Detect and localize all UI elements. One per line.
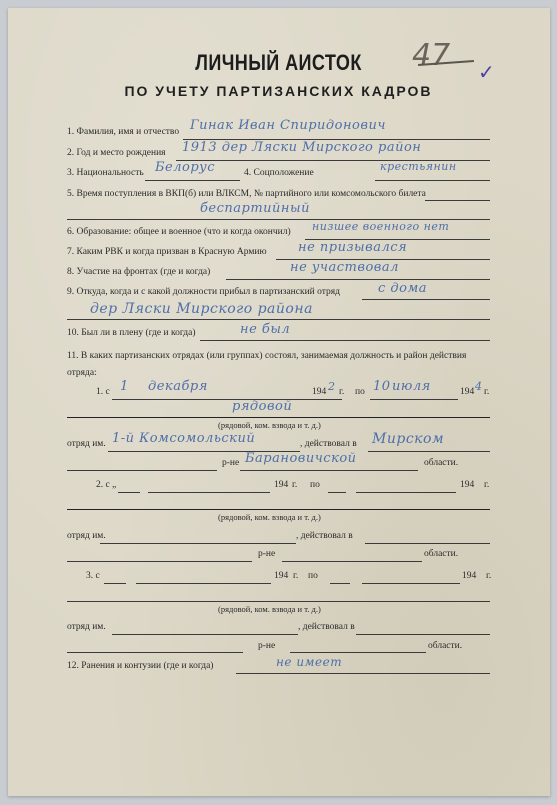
field-nationality-value[interactable]: Белорус: [155, 160, 215, 175]
det3-from-month-line: [136, 583, 271, 584]
det1-year-suffix-1: г.: [339, 387, 344, 397]
det2-district-line: [365, 543, 490, 544]
field-party-label: 5. Время поступления в ВКП(б) или ВЛКСМ,…: [67, 189, 426, 199]
det2-to-word: по: [310, 480, 320, 490]
det1-district-label: р-не: [222, 458, 239, 468]
det2-district-label: р-не: [258, 549, 275, 559]
det1-detachment-label: отряд им.: [67, 439, 106, 449]
field-nationality-label: 3. Национальность: [67, 168, 144, 178]
det3-district-label: р-не: [258, 641, 275, 651]
det1-region[interactable]: Барановичской: [245, 451, 357, 466]
det3-detachment-label: отряд им.: [67, 622, 106, 632]
field-birth-label: 2. Год и место рождения: [67, 148, 166, 158]
det2-from-year: 194: [274, 480, 288, 490]
det1-region-line: [240, 470, 418, 471]
field-education-label: 6. Образование: общее и военное (что и к…: [67, 227, 291, 237]
det1-from-line: [112, 399, 342, 400]
det2-from-month-line: [148, 492, 270, 493]
det2-position-line: [67, 509, 490, 510]
det1-acted-label: , действовал в: [300, 439, 357, 449]
det2-num: 2. с: [96, 480, 110, 490]
field-social-line: [375, 180, 490, 181]
det1-to-year-digit[interactable]: 4: [475, 380, 483, 393]
det3-detachment-line: [112, 634, 298, 635]
field-front-value[interactable]: не участвовал: [290, 260, 399, 275]
field-birth-value[interactable]: 1913 дер Ляски Мирского район: [182, 140, 421, 155]
det2-to-day-line: [328, 492, 346, 493]
field-social-label: 4. Соцположение: [244, 168, 314, 178]
field-front-label: 8. Участие на фронтах (где и когда): [67, 267, 210, 277]
det3-district-line-2: [67, 652, 243, 653]
det3-year-suffix-2: г.: [486, 571, 491, 581]
det3-region-label: области.: [428, 641, 462, 651]
det2-detachment-line: [100, 543, 296, 544]
det3-from-year: 194: [274, 571, 288, 581]
field-party-value[interactable]: беспартийный: [200, 201, 310, 216]
field-party-line-1: [425, 200, 490, 201]
det3-to-word: по: [308, 571, 318, 581]
det3-year-suffix-1: г.: [293, 571, 298, 581]
field-captivity-line: [200, 340, 490, 341]
field-origin-line-2: [67, 319, 490, 320]
det1-district-line: [368, 451, 490, 452]
field-education-value[interactable]: низшее военного нет: [312, 220, 449, 233]
det2-year-suffix-1: г.: [292, 480, 297, 490]
field-wounds-line: [236, 673, 490, 674]
det2-region-line: [282, 561, 422, 562]
det3-acted-label: , действовал в: [298, 622, 355, 632]
det1-year-suffix-2: г.: [484, 387, 489, 397]
field-nationality-line: [145, 180, 240, 181]
det1-detachment[interactable]: 1-й Комсомольский: [112, 431, 255, 446]
det1-position-hint: (рядовой, ком. взвода и т. д.): [218, 420, 321, 430]
field-army-value[interactable]: не призывался: [298, 240, 407, 255]
field-wounds-label: 12. Ранения и контузии (где и когда): [67, 661, 213, 671]
det2-from-day-line: [118, 492, 140, 493]
det1-from-year: 194: [312, 387, 326, 397]
det3-to-month-line: [362, 583, 460, 584]
archive-number: 47: [412, 38, 450, 73]
check-mark-icon: ✓: [478, 60, 495, 84]
field-name-label: 1. Фамилия, имя и отчество: [67, 127, 179, 137]
det3-region-line: [290, 652, 426, 653]
det1-from-month[interactable]: декабря: [148, 379, 208, 394]
det1-from-day[interactable]: 1: [120, 379, 129, 394]
det3-num: 3. с: [86, 571, 100, 581]
field-captivity-value[interactable]: не был: [240, 322, 290, 337]
det2-acted-label: , действовал в: [296, 531, 353, 541]
field-army-label: 7. Каким РВК и когда призван в Красную А…: [67, 247, 267, 257]
det1-position[interactable]: рядовой: [232, 399, 292, 414]
det1-to-year: 194: [460, 387, 474, 397]
det3-to-year: 194: [462, 571, 476, 581]
field-captivity-label: 10. Был ли в плену (где и когда): [67, 328, 196, 338]
det3-from-day-line: [104, 583, 126, 584]
det2-region-label: области.: [424, 549, 458, 559]
det2-position-hint: (рядовой, ком. взвода и т. д.): [218, 512, 321, 522]
det3-to-day-line: [330, 583, 350, 584]
field-origin-value-2[interactable]: дер Ляски Мирского района: [90, 301, 313, 317]
field-front-line: [226, 279, 490, 280]
det2-year-suffix-2: г.: [484, 480, 489, 490]
det1-from-year-digit[interactable]: 2: [328, 380, 336, 393]
det3-position-hint: (рядовой, ком. взвода и т. д.): [218, 604, 321, 614]
det3-position-line: [67, 601, 490, 602]
det2-district-line-2: [67, 561, 252, 562]
det1-num: 1. с: [96, 387, 110, 397]
field-social-value[interactable]: крестьянин: [380, 160, 457, 173]
det2-quote-open: „: [112, 480, 116, 490]
det3-district-line: [356, 634, 490, 635]
field-detachments-label: 11. В каких партизанских отрядах (или гр…: [67, 348, 492, 382]
det1-district-line-2: [67, 470, 217, 471]
field-name-value[interactable]: Гинак Иван Спиридонович: [190, 118, 386, 133]
det2-detachment-label: отряд им.: [67, 531, 106, 541]
field-wounds-value[interactable]: не имеет: [276, 655, 342, 669]
det1-to-day[interactable]: 10: [373, 379, 391, 394]
det1-district[interactable]: Мирском: [372, 431, 444, 447]
det1-to-word: по: [355, 387, 365, 397]
document-subtitle: ПО УЧЕТУ ПАРТИЗАНСКИХ КАДРОВ: [0, 83, 557, 99]
field-origin-line-1: [362, 299, 490, 300]
det1-to-line: [370, 399, 458, 400]
det2-to-year: 194: [460, 480, 474, 490]
det1-to-month[interactable]: июля: [392, 379, 431, 394]
field-origin-value-1[interactable]: с дома: [378, 281, 427, 296]
field-origin-label: 9. Откуда, когда и с какой должности при…: [67, 287, 340, 297]
det2-to-month-line: [356, 492, 456, 493]
det1-region-label: области.: [424, 458, 458, 468]
det1-position-line: [67, 417, 490, 418]
